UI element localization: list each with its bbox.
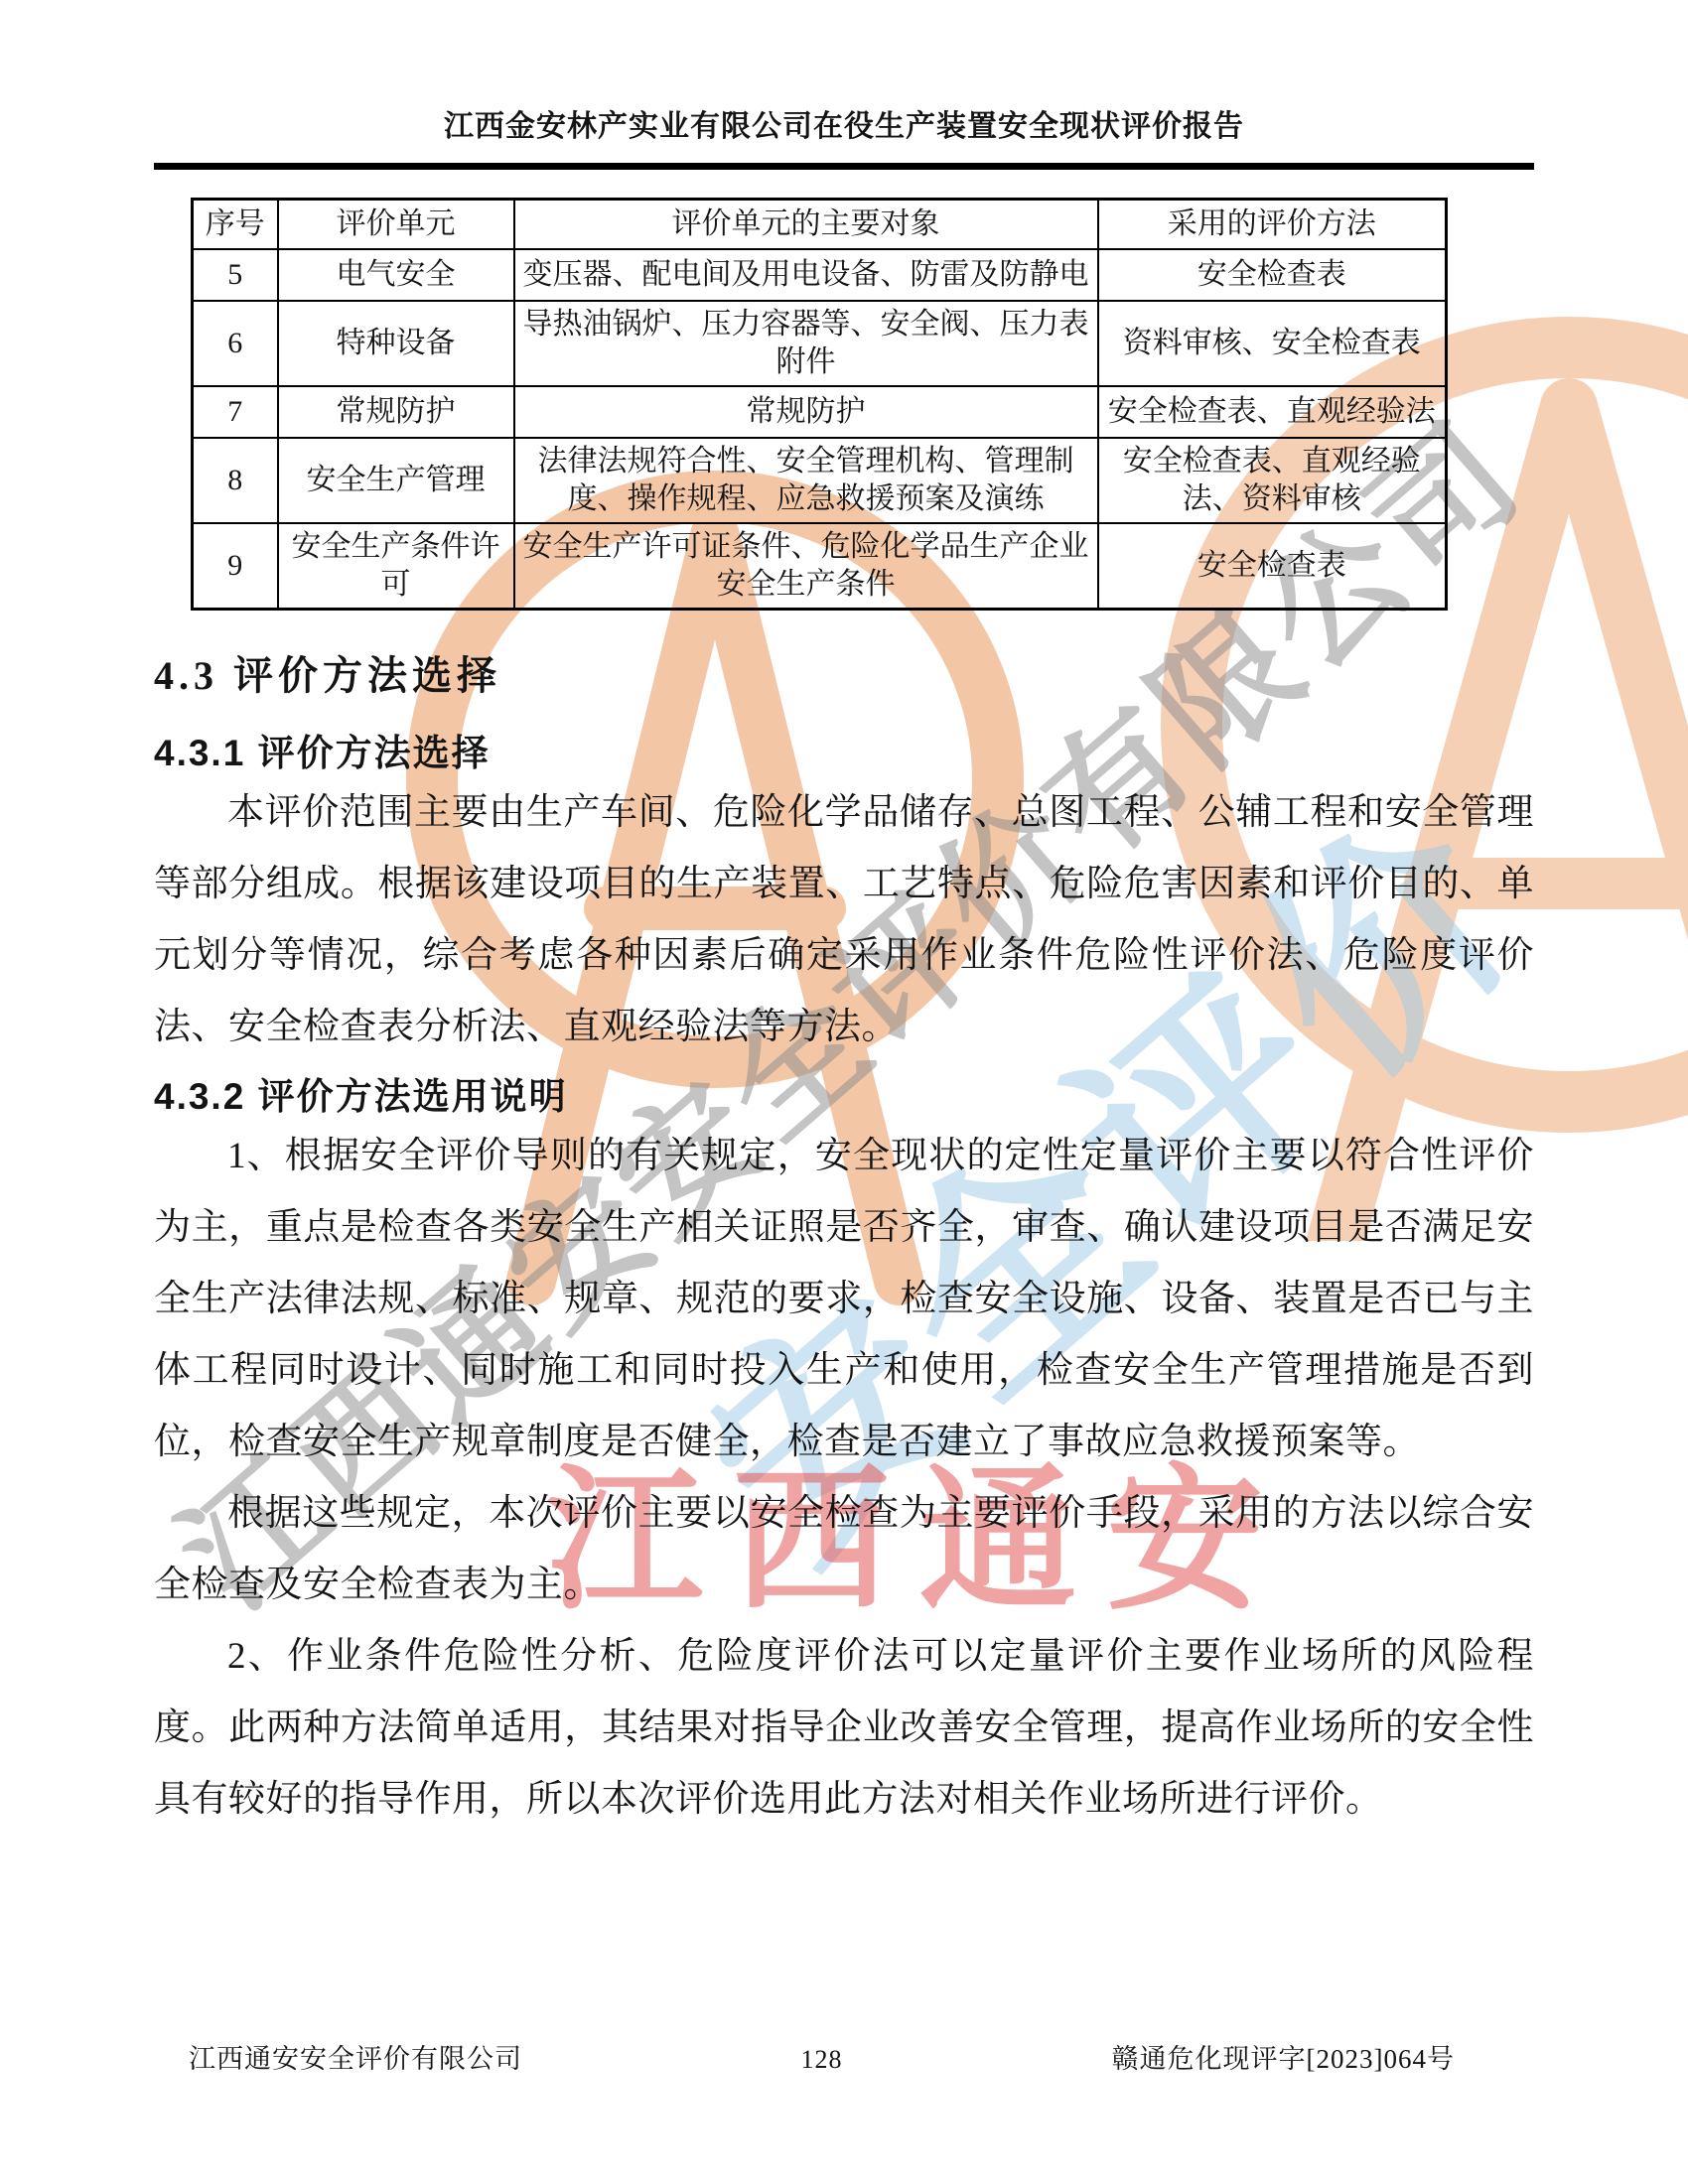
table-header-row: 序号 评价单元 评价单元的主要对象 采用的评价方法 — [193, 200, 1447, 250]
cell-methods: 安全检查表、直观经验法 — [1098, 386, 1447, 438]
table-row: 9 安全生产条件许可 安全生产许可证条件、危险化学品生产企业安全生产条件 安全检… — [193, 523, 1447, 610]
col-header-methods: 采用的评价方法 — [1098, 200, 1447, 250]
footer-page-number: 128 — [801, 2045, 843, 2075]
cell-no: 7 — [193, 386, 278, 438]
cell-objects: 安全生产许可证条件、危险化学品生产企业安全生产条件 — [514, 523, 1098, 610]
paragraph-4-3-2-summary: 根据这些规定，本次评价主要以安全检查为主要评价手段，采用的方法以综合安全检查及安… — [154, 1478, 1534, 1621]
cell-no: 5 — [193, 249, 278, 301]
section-heading-4-3-2: 4.3.2 评价方法选用说明 — [154, 1073, 1534, 1121]
cell-objects: 导热油锅炉、压力容器等、安全阀、压力表附件 — [514, 301, 1098, 386]
cell-unit: 常规防护 — [278, 386, 514, 438]
header-rule — [154, 163, 1534, 170]
report-page: 安全评价 江西通安安全评价有限公司 江西通安 江西金安林产实业有限公司在役生产装… — [0, 0, 1688, 2184]
cell-unit: 电气安全 — [278, 249, 514, 301]
col-header-unit: 评价单元 — [278, 200, 514, 250]
cell-no: 8 — [193, 438, 278, 523]
table-row: 6 特种设备 导热油锅炉、压力容器等、安全阀、压力表附件 资料审核、安全检查表 — [193, 301, 1447, 386]
cell-methods: 安全检查表 — [1098, 249, 1447, 301]
table-row: 8 安全生产管理 法律法规符合性、安全管理机构、管理制度、操作规程、应急救援预案… — [193, 438, 1447, 523]
section-heading-4-3-1: 4.3.1 评价方法选择 — [154, 730, 1534, 777]
cell-unit: 安全生产管理 — [278, 438, 514, 523]
col-header-no: 序号 — [193, 200, 278, 250]
cell-objects: 法律法规符合性、安全管理机构、管理制度、操作规程、应急救援预案及演练 — [514, 438, 1098, 523]
cell-objects: 常规防护 — [514, 386, 1098, 438]
page-footer: 江西通安安全评价有限公司 128 赣通危化现评字[2023]064号 — [154, 2037, 1534, 2076]
paragraph-4-3-1: 本评价范围主要由生产车间、危险化学品储存、总图工程、公辅工程和安全管理等部分组成… — [154, 777, 1534, 1063]
document-content: 江西金安林产实业有限公司在役生产装置安全现状评价报告 序号 评价单元 评价单元的… — [0, 0, 1688, 1836]
paragraph-4-3-2-item1: 1、根据安全评价导则的有关规定，安全现状的定性定量评价主要以符合性评价为主，重点… — [154, 1121, 1534, 1478]
col-header-objects: 评价单元的主要对象 — [514, 200, 1098, 250]
table-row: 7 常规防护 常规防护 安全检查表、直观经验法 — [193, 386, 1447, 438]
cell-methods: 安全检查表、直观经验法、资料审核 — [1098, 438, 1447, 523]
table-row: 5 电气安全 变压器、配电间及用电设备、防雷及防静电 安全检查表 — [193, 249, 1447, 301]
page-header-title: 江西金安林产实业有限公司在役生产装置安全现状评价报告 — [154, 105, 1534, 149]
cell-no: 6 — [193, 301, 278, 386]
footer-doc-number: 赣通危化现评字[2023]064号 — [843, 2037, 1535, 2076]
cell-objects: 变压器、配电间及用电设备、防雷及防静电 — [514, 249, 1098, 301]
cell-unit: 安全生产条件许可 — [278, 523, 514, 610]
footer-company: 江西通安安全评价有限公司 — [154, 2037, 801, 2076]
paragraph-4-3-2-item2: 2、作业条件危险性分析、危险度评价法可以定量评价主要作业场所的风险程度。此两种方… — [154, 1621, 1534, 1836]
evaluation-methods-table: 序号 评价单元 评价单元的主要对象 采用的评价方法 5 电气安全 变压器、配电间… — [191, 198, 1448, 611]
cell-methods: 安全检查表 — [1098, 523, 1447, 610]
cell-unit: 特种设备 — [278, 301, 514, 386]
cell-methods: 资料审核、安全检查表 — [1098, 301, 1447, 386]
section-heading-4-3: 4.3 评价方法选择 — [154, 650, 1534, 702]
cell-no: 9 — [193, 523, 278, 610]
